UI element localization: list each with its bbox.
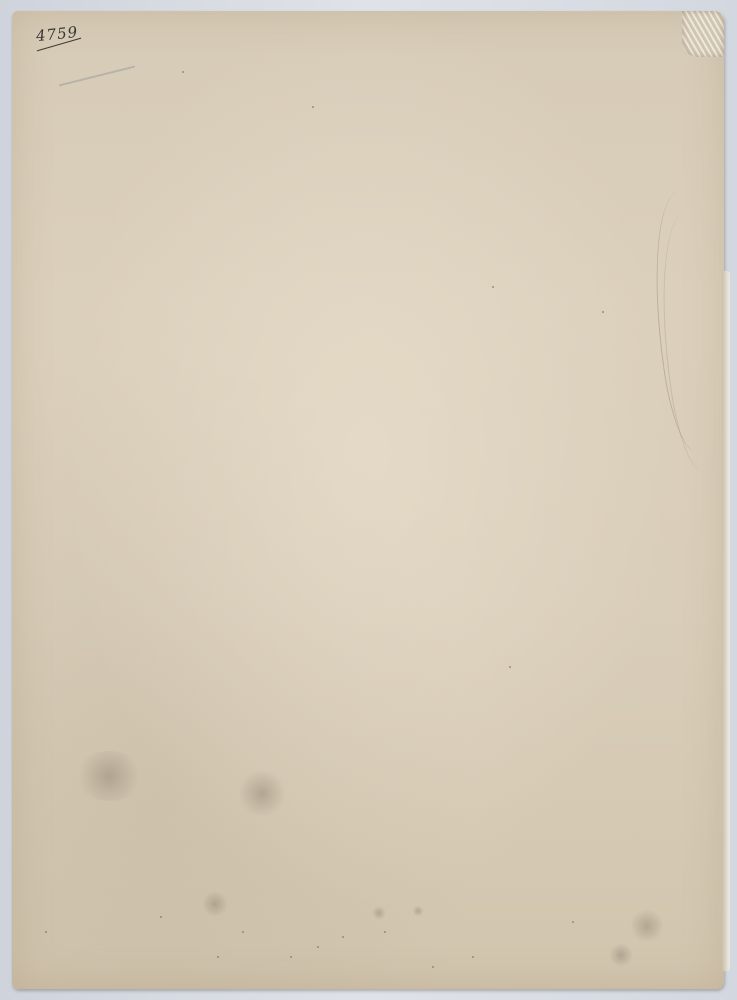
stain [202, 891, 228, 917]
foxing-speck [317, 946, 319, 948]
stain [609, 943, 633, 967]
foxing-speck [572, 921, 574, 923]
stain [74, 751, 144, 801]
foxing-speck [432, 966, 434, 968]
foxing-speck [509, 666, 511, 668]
handwritten-catalog-number: 4759 [35, 23, 79, 45]
stain [372, 906, 386, 920]
torn-corner [682, 11, 724, 57]
stain [237, 771, 287, 816]
foxing-speck [312, 106, 314, 108]
faint-pencil-mark [59, 66, 135, 87]
foxing-speck [492, 286, 494, 288]
foxing-speck [342, 936, 344, 938]
foxing-speck [182, 71, 184, 73]
foxing-speck [160, 916, 162, 918]
stain [412, 906, 424, 916]
foxing-speck [602, 311, 604, 313]
foxing-speck [217, 956, 219, 958]
paper-sheet: 4759 [12, 11, 724, 989]
foxing-speck [242, 931, 244, 933]
foxing-speck [45, 931, 47, 933]
foxing-speck [472, 956, 474, 958]
foxing-speck [384, 931, 386, 933]
foxing-speck [290, 956, 292, 958]
stain [630, 909, 664, 943]
